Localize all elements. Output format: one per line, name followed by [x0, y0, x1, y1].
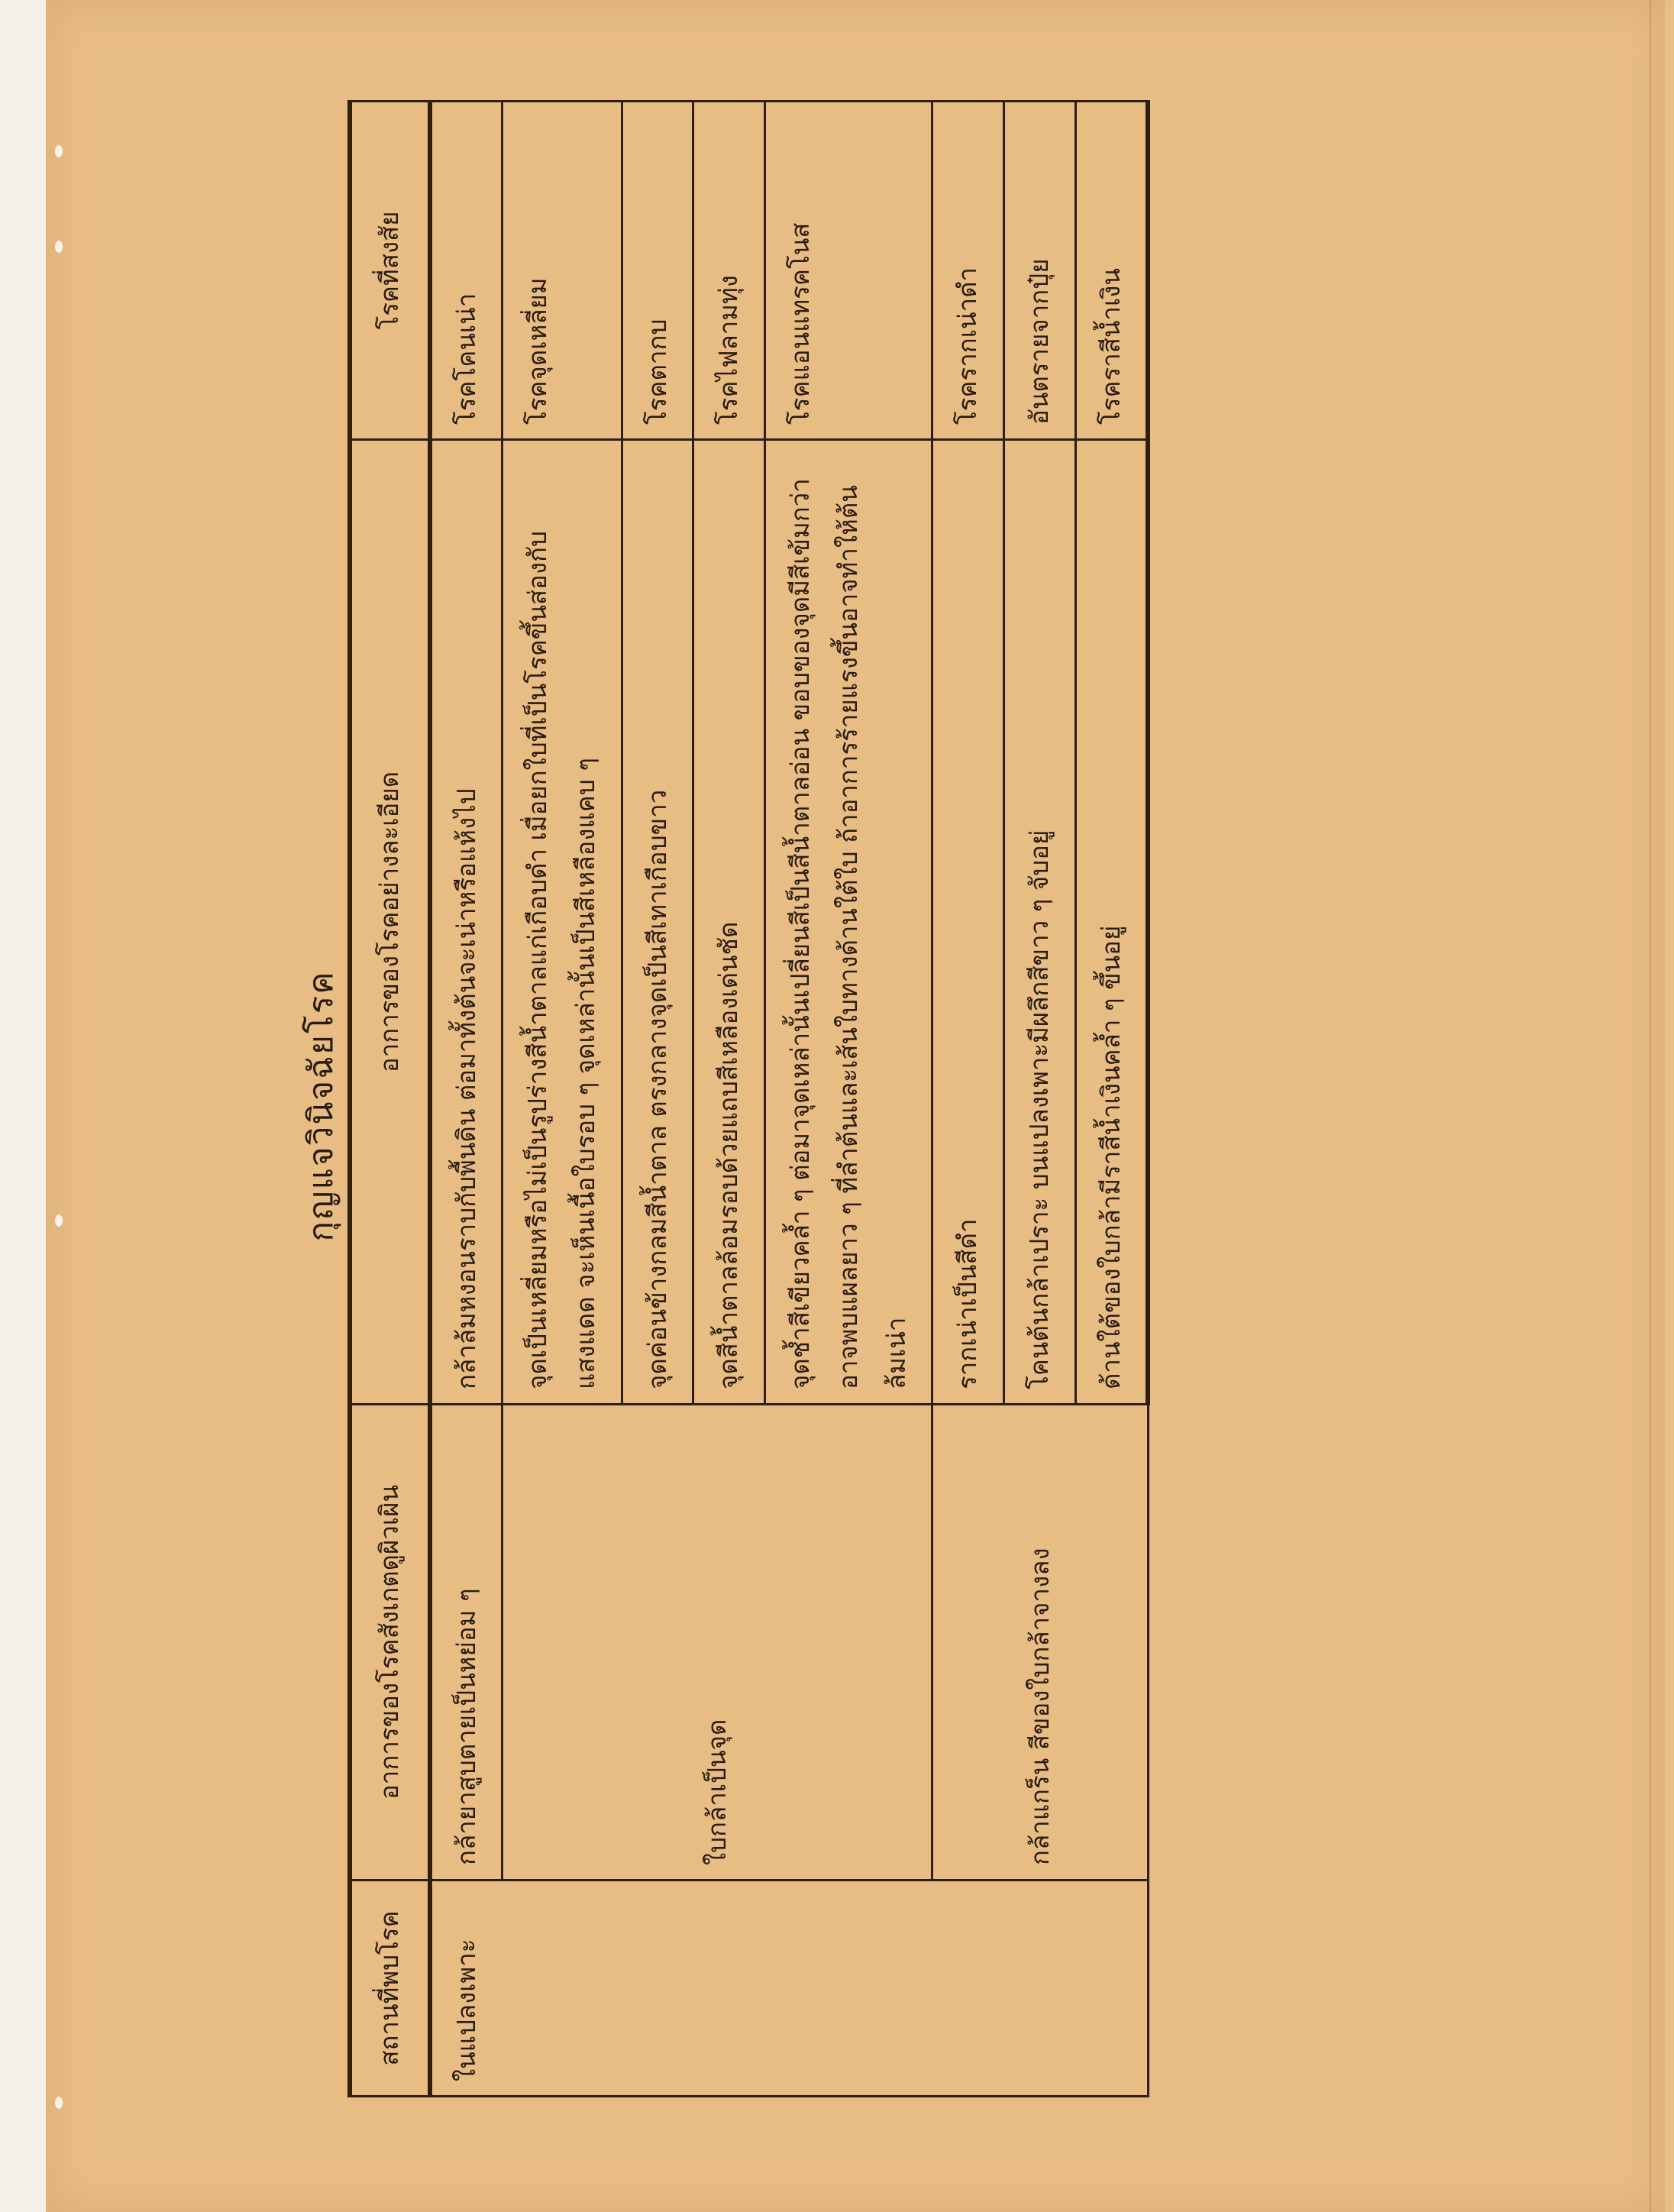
detail-cell: ด้านใต้ของใบกล้ามีราสีน้ำเงินคล้ำ ๆ ขึ้น…: [1075, 440, 1148, 1405]
detail-cell: กล้าล้มหงอนราบกับพื้นดิน ต่อมาทั้งต้นจะเ…: [430, 440, 503, 1405]
header-detailed-symptoms: อาการของโรคอย่างละเอียด: [350, 440, 430, 1405]
location-cell: ในแปลงเพาะ: [430, 1881, 1149, 2097]
disease-cell: โรคไฟลามทุ่ง: [693, 102, 765, 440]
detail-cell: โคนต้นกล้าเปราะ บนแปลงเพาะมีผลึกสีขาว ๆ …: [1003, 440, 1075, 1405]
disease-cell: โรคราสีน้ำเงิน: [1075, 102, 1148, 440]
diagnosis-key-table: สถานที่พบโรค อาการของโรคสังเกตดูผิวเผิน …: [347, 100, 1150, 2097]
table-row: ในแปลงเพาะ กล้ายาสูบตายเป็นหย่อม ๆ กล้าล…: [430, 102, 503, 2097]
detail-cell: จุดเป็นเหลี่ยมหรือไม่เป็นรูปร่างสีน้ำตาล…: [503, 440, 622, 1405]
detail-cell: จุดช้ำสีเขียวคล้ำ ๆ ต่อมาจุดเหล่านั้นเปล…: [765, 440, 932, 1405]
header-surface-symptoms: อาการของโรคสังเกตดูผิวเผิน: [350, 1405, 430, 1881]
table-row: ใบกล้าเป็นจุด จุดเป็นเหลี่ยมหรือไม่เป็นร…: [503, 102, 622, 2097]
detail-cell: จุดสีน้ำตาลล้อมรอบด้วยแถบสีเหลืองเด่นชัด: [693, 440, 765, 1405]
disease-cell: โรคตากบ: [622, 102, 693, 440]
disease-cell: โรคจุดเหลี่ยม: [503, 102, 622, 440]
surface-symptom-cell: กล้ายาสูบตายเป็นหย่อม ๆ: [430, 1405, 503, 1881]
table-row: กล้าแกร็น สีของใบกล้าจางลง รากเน่าเป็นสี…: [932, 102, 1004, 2097]
disease-cell: โรคโคนเน่า: [430, 102, 503, 440]
header-location: สถานที่พบโรค: [350, 1881, 430, 2097]
disease-cell: โรครากเน่าดำ: [932, 102, 1004, 440]
surface-symptom-cell: ใบกล้าเป็นจุด: [503, 1405, 932, 1881]
surface-symptom-cell: กล้าแกร็น สีของใบกล้าจางลง: [932, 1405, 1149, 1881]
table-header-row: สถานที่พบโรค อาการของโรคสังเกตดูผิวเผิน …: [350, 102, 430, 2097]
detail-cell: จุดค่อนข้างกลมสีน้ำตาล ตรงกลางจุดเป็นสีเ…: [622, 440, 693, 1405]
disease-cell: โรคแอนแทรคโนส: [765, 102, 932, 440]
header-suspected-disease: โรคที่สงสัย: [350, 102, 430, 440]
disease-cell: อันตรายจากปุ๋ย: [1003, 102, 1075, 440]
detail-cell: รากเน่าเป็นสีดำ: [932, 440, 1004, 1405]
rotated-document: กุญแจวินิจฉัยโรค สถานที่พบโรค อาการของโร…: [0, 0, 1674, 2212]
document-title: กุญแจวินิจฉัยโรค: [294, 0, 347, 2212]
